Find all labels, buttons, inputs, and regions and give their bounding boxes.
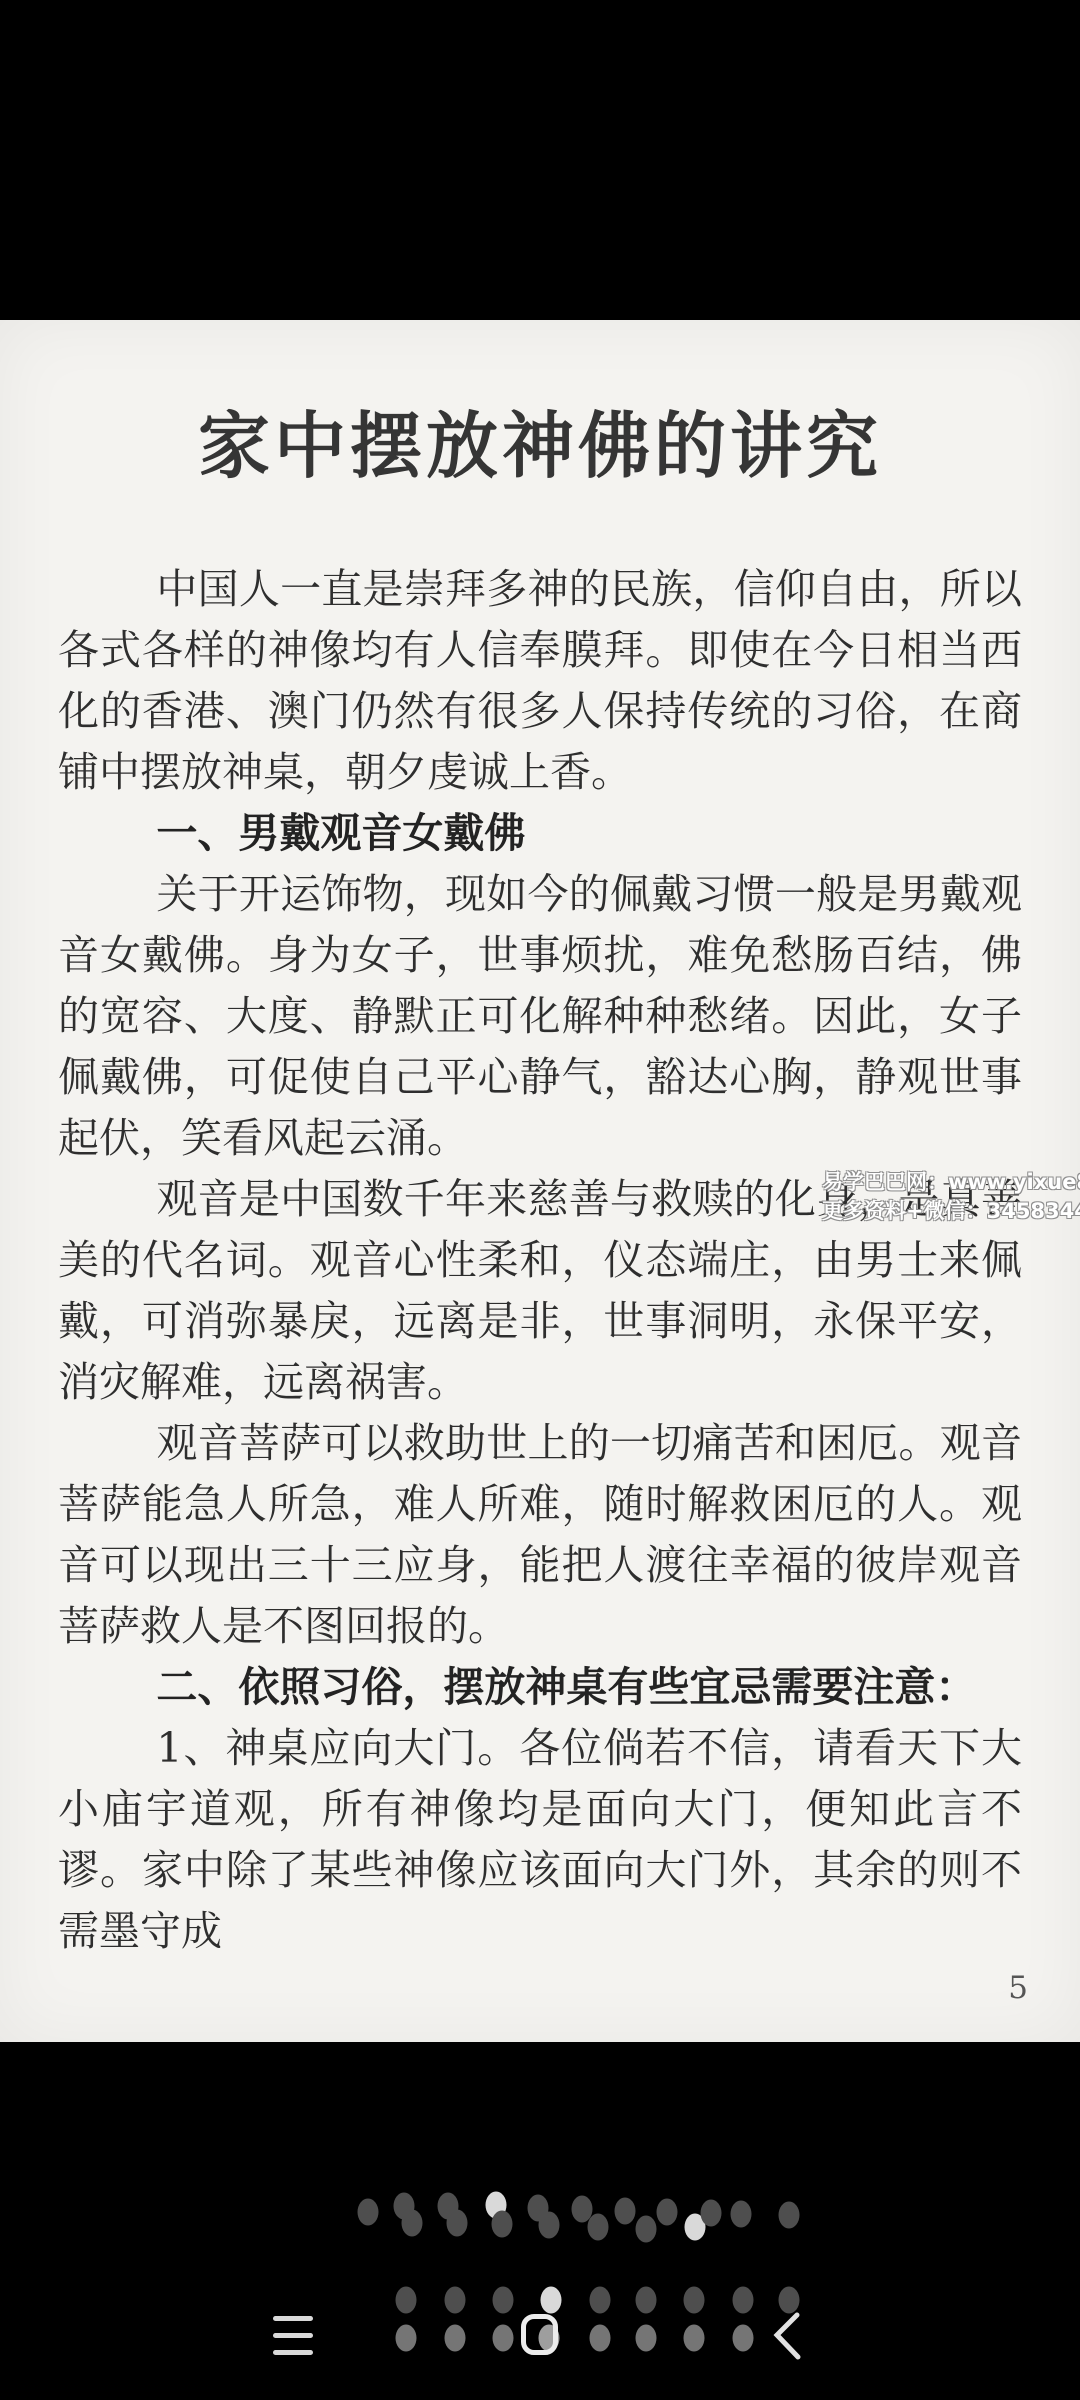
page-dot (493, 2287, 514, 2314)
page-dot (539, 2212, 560, 2239)
watermark-wechat-line: 更多资料+微信：3458344044 (822, 1197, 1080, 1226)
page-dot (779, 2202, 800, 2229)
home-button[interactable] (521, 2314, 558, 2355)
page-dot (396, 2287, 417, 2314)
page-dot (684, 2325, 705, 2352)
page-dot (590, 2287, 611, 2314)
paragraph-5: 1、神桌应向大门。各位倘若不信，请看天下大小庙宇道观，所有神像均是面向大门，便知… (58, 1718, 1022, 1962)
page-dot (402, 2210, 423, 2237)
page-dot (541, 2287, 562, 2314)
phone-screen: 家中摆放神佛的讲究 中国人一直是崇拜多神的民族，信仰自由，所以各式各样的神像均有… (0, 0, 1080, 2400)
page-dot (636, 2325, 657, 2352)
page-dot (615, 2198, 636, 2225)
menu-icon (273, 2333, 313, 2338)
menu-icon (273, 2316, 313, 2321)
page-dot (493, 2325, 514, 2352)
section-heading-1: 一、男戴观音女戴佛 (58, 803, 1022, 864)
page-dot (657, 2199, 678, 2226)
back-button[interactable] (770, 2312, 804, 2360)
paragraph-2: 关于开运饰物，现如今的佩戴习惯一般是男戴观音女戴佛。身为女子，世事烦扰，难免愁肠… (58, 864, 1022, 1169)
page-dot (590, 2325, 611, 2352)
page-dot (445, 2325, 466, 2352)
page-dot (733, 2325, 754, 2352)
page-dot (486, 2192, 507, 2219)
menu-icon (273, 2350, 313, 2355)
watermark: 易学巴巴网：www.yixue88.cn 更多资料+微信：3458344044 (822, 1168, 1080, 1226)
document-body: 中国人一直是崇拜多神的民族，信仰自由，所以各式各样的神像均有人信奉膜拜。即使在今… (58, 559, 1022, 1962)
paragraph-4: 观音菩萨可以救助世上的一切痛苦和困厄。观音菩萨能急人所急，难人所难，随时解救困厄… (58, 1413, 1022, 1657)
page-dot (684, 2287, 705, 2314)
watermark-site-line: 易学巴巴网：www.yixue88.cn (822, 1168, 1080, 1197)
page-dot (636, 2287, 657, 2314)
back-icon (777, 2315, 798, 2357)
page-dot (447, 2210, 468, 2237)
page-dot (396, 2325, 417, 2352)
page-dot (733, 2287, 754, 2314)
menu-button[interactable] (273, 2314, 313, 2354)
page-dot (685, 2214, 706, 2241)
page-number: 5 (1008, 1970, 1028, 2006)
page-dot (492, 2211, 513, 2238)
page-dot (701, 2200, 722, 2227)
page-dot (438, 2193, 459, 2220)
page-dot (779, 2287, 800, 2314)
page-dot (528, 2195, 549, 2222)
page-dot (636, 2216, 657, 2243)
page-dot (731, 2201, 752, 2228)
page-dot (445, 2287, 466, 2314)
page-dot (358, 2199, 379, 2226)
page-dot (572, 2196, 593, 2223)
page-dot (588, 2214, 609, 2241)
page-title: 家中摆放神佛的讲究 (58, 396, 1022, 496)
page-dot (394, 2193, 415, 2220)
section-heading-2: 二、依照习俗，摆放神桌有些宜忌需要注意： (58, 1657, 1022, 1718)
paragraph-intro: 中国人一直是崇拜多神的民族，信仰自由，所以各式各样的神像均有人信奉膜拜。即使在今… (58, 559, 1022, 803)
